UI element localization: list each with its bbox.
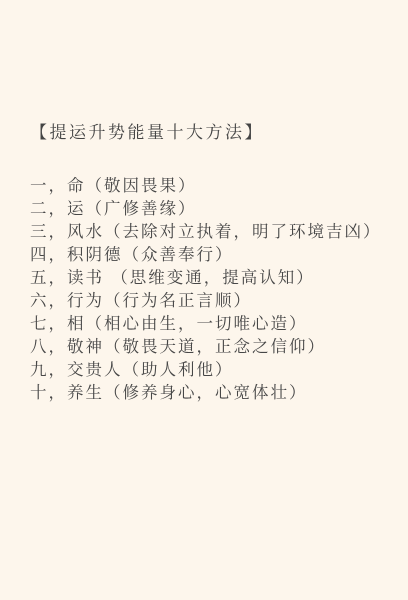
list-item: 二，运（广修善缘） [30, 197, 382, 220]
list-item: 八，敬神（敬畏天道，正念之信仰） [30, 335, 382, 358]
document-title: 【提运升势能量十大方法】 [30, 118, 264, 143]
list-item: 五，读书 （思维变通，提高认知） [30, 266, 382, 289]
document: 【提运升势能量十大方法】 一，命（敬因畏果） 二，运（广修善缘） 三，风水（去除… [0, 0, 408, 600]
method-list: 一，命（敬因畏果） 二，运（广修善缘） 三，风水（去除对立执着，明了环境吉凶） … [30, 174, 382, 404]
list-item: 六，行为（行为名正言顺） [30, 289, 382, 312]
list-item: 七，相（相心由生，一切唯心造） [30, 312, 382, 335]
list-item: 十，养生（修养身心，心宽体壮） [30, 381, 382, 404]
list-item: 三，风水（去除对立执着，明了环境吉凶） [30, 220, 382, 243]
list-item: 一，命（敬因畏果） [30, 174, 382, 197]
list-item: 四，积阴德（众善奉行） [30, 243, 382, 266]
list-item: 九，交贵人（助人利他） [30, 358, 382, 381]
